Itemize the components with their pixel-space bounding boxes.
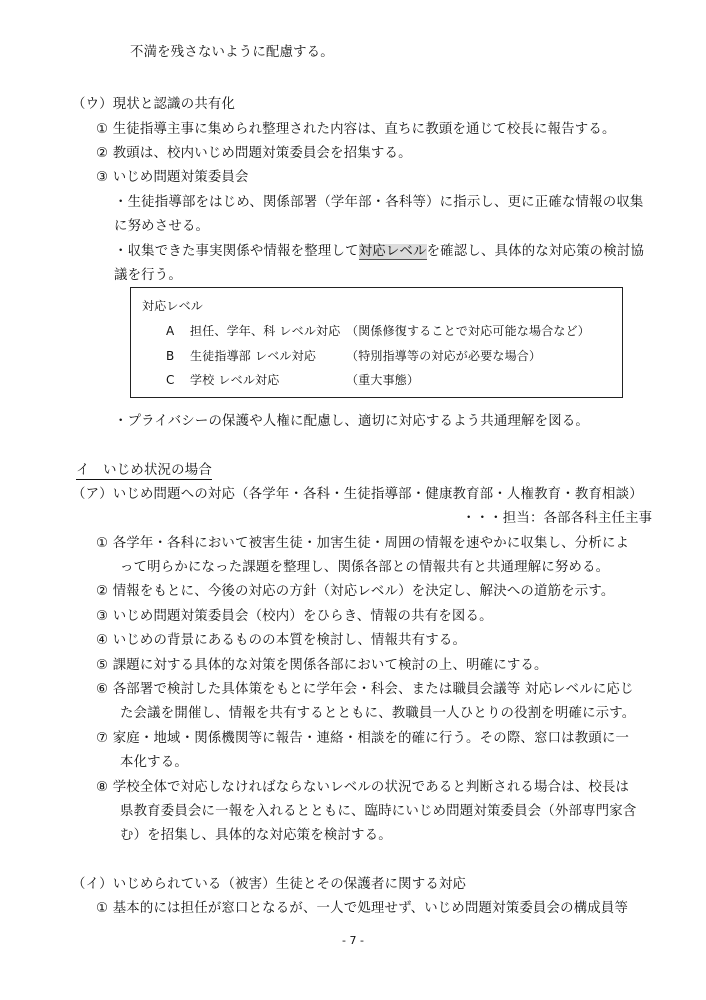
bullet-2-post: を確認し、具体的な対応策の検討協 (427, 244, 644, 259)
item-text: 学校全体で対応しなければならないレベルの状況であると判断される場合は、校長は (113, 780, 629, 795)
level-b-note: （特別指導等の対応が必要な場合） (346, 347, 541, 365)
list-item-b-1: ① 基本的には担任が窓口となるが、一人で処理せず、いじめ問題対策委員会の構成員等 (96, 900, 628, 918)
item-number: ③ (96, 170, 108, 185)
bullet-1-line-2: に努めさせる。 (114, 218, 209, 236)
list-item-a-4: ④ いじめの背景にあるものの本質を検討し、情報共有する。 (96, 632, 466, 650)
bullet-2-line-2: 議を行う。 (114, 267, 182, 285)
list-item-a-3: ③ いじめ問題対策委員会（校内）をひらき、情報の共有を図る。 (96, 608, 493, 626)
sub-a-heading: （ア）いじめ問題への対応（各学年・各科・生徒指導部・健康教育部・人権教育・教育相… (72, 486, 643, 504)
list-item-a-1: ① 各学年・各科において被害生徒・加害生徒・周囲の情報を速やかに収集し、分析によ (96, 535, 629, 553)
section-i-heading: イ いじめ状況の場合 (76, 462, 212, 480)
sub-b-heading: （イ）いじめられている（被害）生徒とその保護者に関する対応 (72, 876, 466, 894)
list-item-a-5: ⑤ 課題に対する具体的な対策を関係各部において検討の上、明確にする。 (96, 657, 548, 675)
level-a-letter: A (166, 322, 174, 340)
item-number: ① (96, 122, 108, 137)
continuation-text: 不満を残さないように配慮する。 (130, 44, 334, 62)
item-number: ④ (96, 633, 108, 648)
item-text: 家庭・地域・関係機関等に報告・連絡・相談を的確に行う。その際、窓口は教頭に一 (113, 731, 629, 746)
list-item-a-2: ② 情報をもとに、今後の対応の方針（対応レベル）を決定し、解決への道筋を示す。 (96, 583, 614, 601)
levels-box-title: 対応レベル (142, 297, 203, 315)
list-item-u-2: ② 教頭は、校内いじめ問題対策委員会を招集する。 (96, 145, 412, 163)
list-item-a-6-cont: た会議を開催し、情報を共有するとともに、教職員一人ひとりの役割を明確に示す。 (120, 705, 635, 723)
bullet-2-pre: ・収集できた事実関係や情報を整理して (114, 244, 359, 259)
bullet-2-line-1: ・収集できた事実関係や情報を整理して対応レベルを確認し、具体的な対応策の検討協 (114, 243, 644, 261)
level-c-note: （重大事態） (346, 371, 419, 389)
item-text: 情報をもとに、今後の対応の方針（対応レベル）を決定し、解決への道筋を示す。 (113, 584, 615, 599)
item-text: 各学年・各科において被害生徒・加害生徒・周囲の情報を速やかに収集し、分析によ (113, 536, 629, 551)
item-text: 生徒指導主事に集められ整理された内容は、直ちに教頭を通じて校長に報告する。 (113, 122, 616, 137)
list-item-a-8-cont-2: む）を招集し、具体的な対応策を検討する。 (120, 827, 392, 845)
item-number: ③ (96, 609, 108, 624)
level-a-note: （関係修復することで対応可能な場合など） (346, 322, 590, 340)
item-number: ② (96, 146, 108, 161)
level-b-name: 生徒指導部 レベル対応 (190, 347, 316, 365)
item-number: ⑤ (96, 658, 108, 673)
list-item-a-7-cont: 本化する。 (120, 754, 188, 772)
list-item-u-1: ① 生徒指導主事に集められ整理された内容は、直ちに教頭を通じて校長に報告する。 (96, 121, 616, 139)
item-text: いじめの背景にあるものの本質を検討し、情報共有する。 (113, 633, 466, 648)
item-text: 教頭は、校内いじめ問題対策委員会を招集する。 (113, 146, 412, 161)
item-number: ① (96, 901, 108, 916)
list-item-a-6: ⑥ 各部署で検討した具体策をもとに学年会・科会、または職員会議等 対応レベルに応… (96, 681, 634, 699)
item-number: ⑧ (96, 780, 108, 795)
level-c-name: 学校 レベル対応 (190, 371, 279, 389)
section-i-heading-text: イ いじめ状況の場合 (76, 463, 212, 480)
level-b-letter: B (166, 347, 174, 365)
bullet-3: ・プライバシーの保護や人権に配慮し、適切に対応するよう共通理解を図る。 (114, 413, 589, 431)
item-number: ⑦ (96, 731, 108, 746)
sub-a-owner: ・・・担当：各部各科主任主事 (462, 510, 652, 528)
list-item-a-8-cont-1: 県教育委員会に一報を入れるとともに、臨時にいじめ問題対策委員会（外部専門家含 (120, 803, 636, 821)
item-number: ⑥ (96, 682, 108, 697)
item-text: いじめ問題対策委員会（校内）をひらき、情報の共有を図る。 (113, 609, 493, 624)
level-c-letter: C (166, 371, 175, 389)
list-item-u-3: ③ いじめ問題対策委員会 (96, 169, 249, 187)
list-item-a-7: ⑦ 家庭・地域・関係機関等に報告・連絡・相談を的確に行う。その際、窓口は教頭に一 (96, 730, 629, 748)
item-text: 各部署で検討した具体策をもとに学年会・科会、または職員会議等 対応レベルに応じ (113, 682, 634, 697)
item-text: いじめ問題対策委員会 (113, 170, 249, 185)
page-number: - 7 - (0, 934, 706, 947)
section-u-heading: （ウ）現状と認識の共有化 (72, 96, 235, 114)
item-text: 課題に対する具体的な対策を関係各部において検討の上、明確にする。 (113, 658, 548, 673)
item-number: ① (96, 536, 108, 551)
highlighted-term-taiou-level: 対応レベル (359, 244, 427, 260)
bullet-1-line-1: ・生徒指導部をはじめ、関係部署（学年部・各科等）に指示し、更に正確な情報の収集 (114, 194, 644, 212)
item-text: 基本的には担任が窓口となるが、一人で処理せず、いじめ問題対策委員会の構成員等 (113, 901, 628, 916)
item-number: ② (96, 584, 108, 599)
list-item-a-1-cont: って明らかになった課題を整理し、関係各部との情報共有と共通理解に努める。 (120, 559, 609, 577)
list-item-a-8: ⑧ 学校全体で対応しなければならないレベルの状況であると判断される場合は、校長は (96, 779, 629, 797)
level-a-name: 担任、学年、科 レベル対応 (190, 322, 340, 340)
